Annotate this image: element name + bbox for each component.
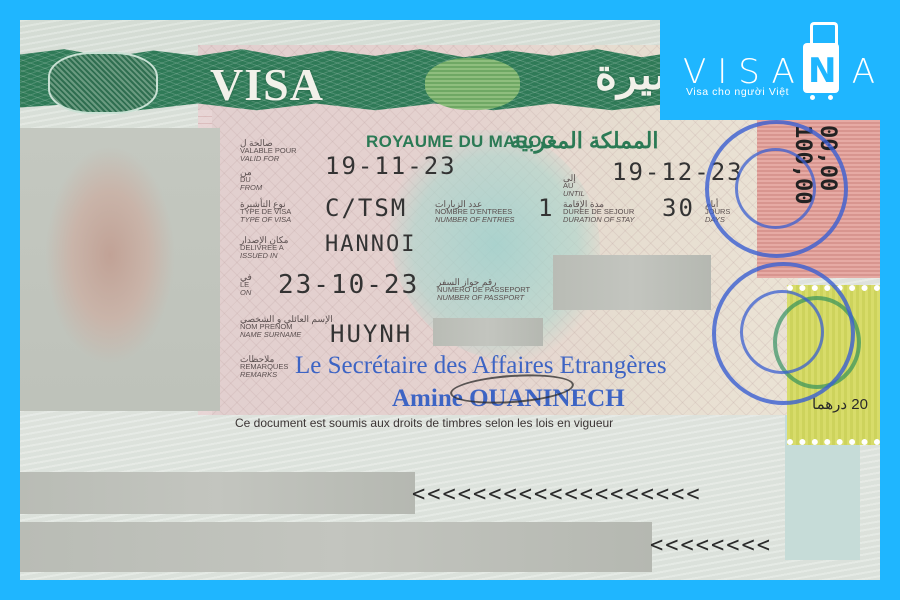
embassy-seal-bottom-inner [740,290,824,374]
suitcase-wheel-icon [810,95,815,100]
banner-title: VISA [210,58,324,111]
value-surname: HUYNH [330,320,412,348]
label-type: نوع التأشيرة TYPE DE VISATYPE OF VISA [240,200,291,224]
value-visa-type: C/TSM [325,194,407,222]
label-entries: عدد الزيارات NOMBRE D'ENTREESNUMBER OF E… [435,200,514,224]
label-passport: رقم جواز السفر NUMERO DE PASSEPORTNUMBER… [437,278,530,302]
suitcase-wheel-icon [828,95,833,100]
mrz-line1-fillers: <<<<<<<<<<<<<<<<<<< [412,482,702,507]
banner-hologram-oval [48,52,158,114]
label-remarks: ملاحظات REMARQUESREMARKS [240,355,288,379]
label-until: إلى AUUNTIL [563,174,585,198]
remark-title: Le Secrétaire des Affaires Etrangères [295,352,667,380]
label-name: الإسم العائلي و الشخصي NOM PRENOMNAME SU… [240,315,333,339]
passport-number-redacted [553,255,711,310]
given-name-redacted [433,318,543,346]
mrz-line2-fillers: <<<<<<<< [650,533,772,558]
value-issue-date: 23-10-23 [278,270,419,300]
label-valid-for: صالحة ل VALABLE POURVALID FOR [240,139,297,163]
banner-green-oval [425,58,520,110]
fiscal-stamp-yellow-value: 20 درهما [812,395,868,413]
mrz-line1-redacted [20,472,415,514]
value-from: 19-11-23 [325,152,457,180]
value-duration: 30 [662,194,695,222]
value-entries: 1 [538,194,554,222]
mrz-line2-redacted [20,522,652,572]
label-duration: مدة الإقامة DUREE DE SEJOURDURATION OF S… [563,200,635,224]
brand-logo-n: N [808,51,836,91]
brand-tagline: Visa cho người Việt [686,86,789,98]
embassy-seal-top-inner [735,148,816,229]
label-issued-in: مكان الإصدار DELIVREE AISSUED IN [240,236,289,260]
stamp-duty-disclaimer: Ce document est soumis aux droits de tim… [235,416,613,430]
label-on: في LEON [240,273,252,297]
value-issued-in: HANNOI [325,232,416,257]
holder-photo-redacted [20,128,220,411]
issuer-name-arabic: المملكة المغربية [510,128,658,154]
label-from: من DUFROM [240,168,262,192]
